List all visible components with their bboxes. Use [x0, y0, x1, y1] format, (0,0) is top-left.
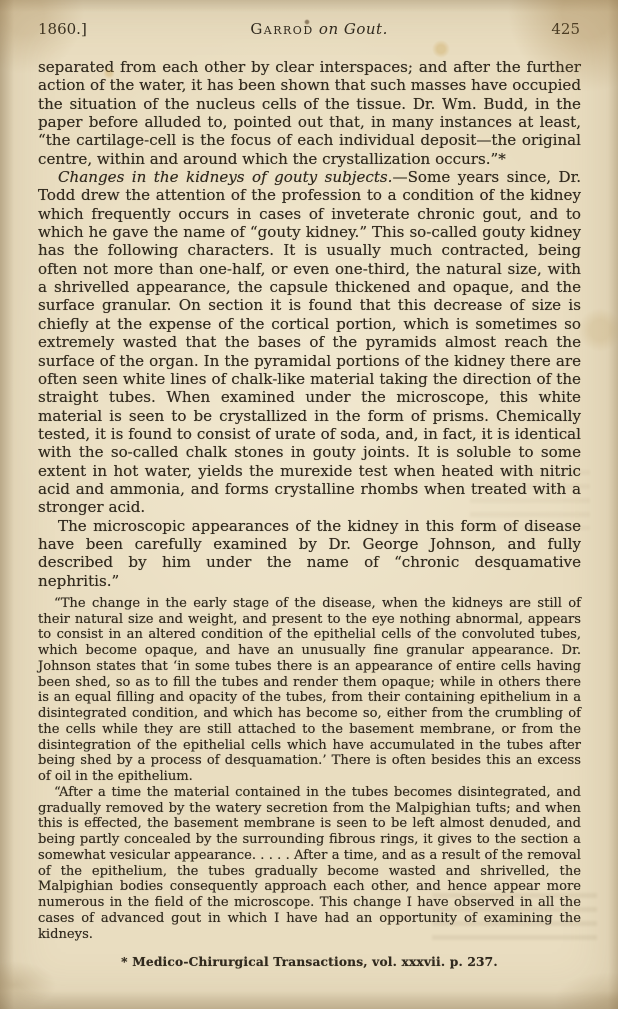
running-title: Garrod on Gout. — [250, 20, 388, 38]
running-title-subject: on Gout. — [314, 20, 388, 38]
page-number: 425 — [551, 20, 580, 38]
blockquote-johnson-2: “After a time the material contained in … — [38, 785, 581, 943]
page-header: 1860.] Garrod on Gout. 425 — [38, 20, 580, 38]
scanned-journal-page: 1860.] Garrod on Gout. 425 separated fro… — [0, 0, 618, 1009]
blockquote-johnson-1: “The change in the early stage of the di… — [38, 596, 581, 785]
paragraph-microscopic: The microscopic appearances of the kidne… — [38, 517, 581, 590]
paragraph-lead-italic: Changes in the kidneys of gouty subjects… — [58, 168, 392, 186]
text-column: separated from each other by clear inter… — [38, 58, 581, 969]
running-title-author: Garrod — [250, 20, 313, 38]
paragraph-body-text: —Some years since, Dr. Todd drew the att… — [38, 168, 581, 516]
header-year: 1860.] — [38, 20, 87, 38]
footnote-reference: * Medico-Chirurgical Transactions, vol. … — [38, 955, 581, 969]
paragraph-gouty-kidneys: Changes in the kidneys of gouty subjects… — [38, 168, 581, 517]
paragraph-continuation: separated from each other by clear inter… — [38, 58, 581, 168]
